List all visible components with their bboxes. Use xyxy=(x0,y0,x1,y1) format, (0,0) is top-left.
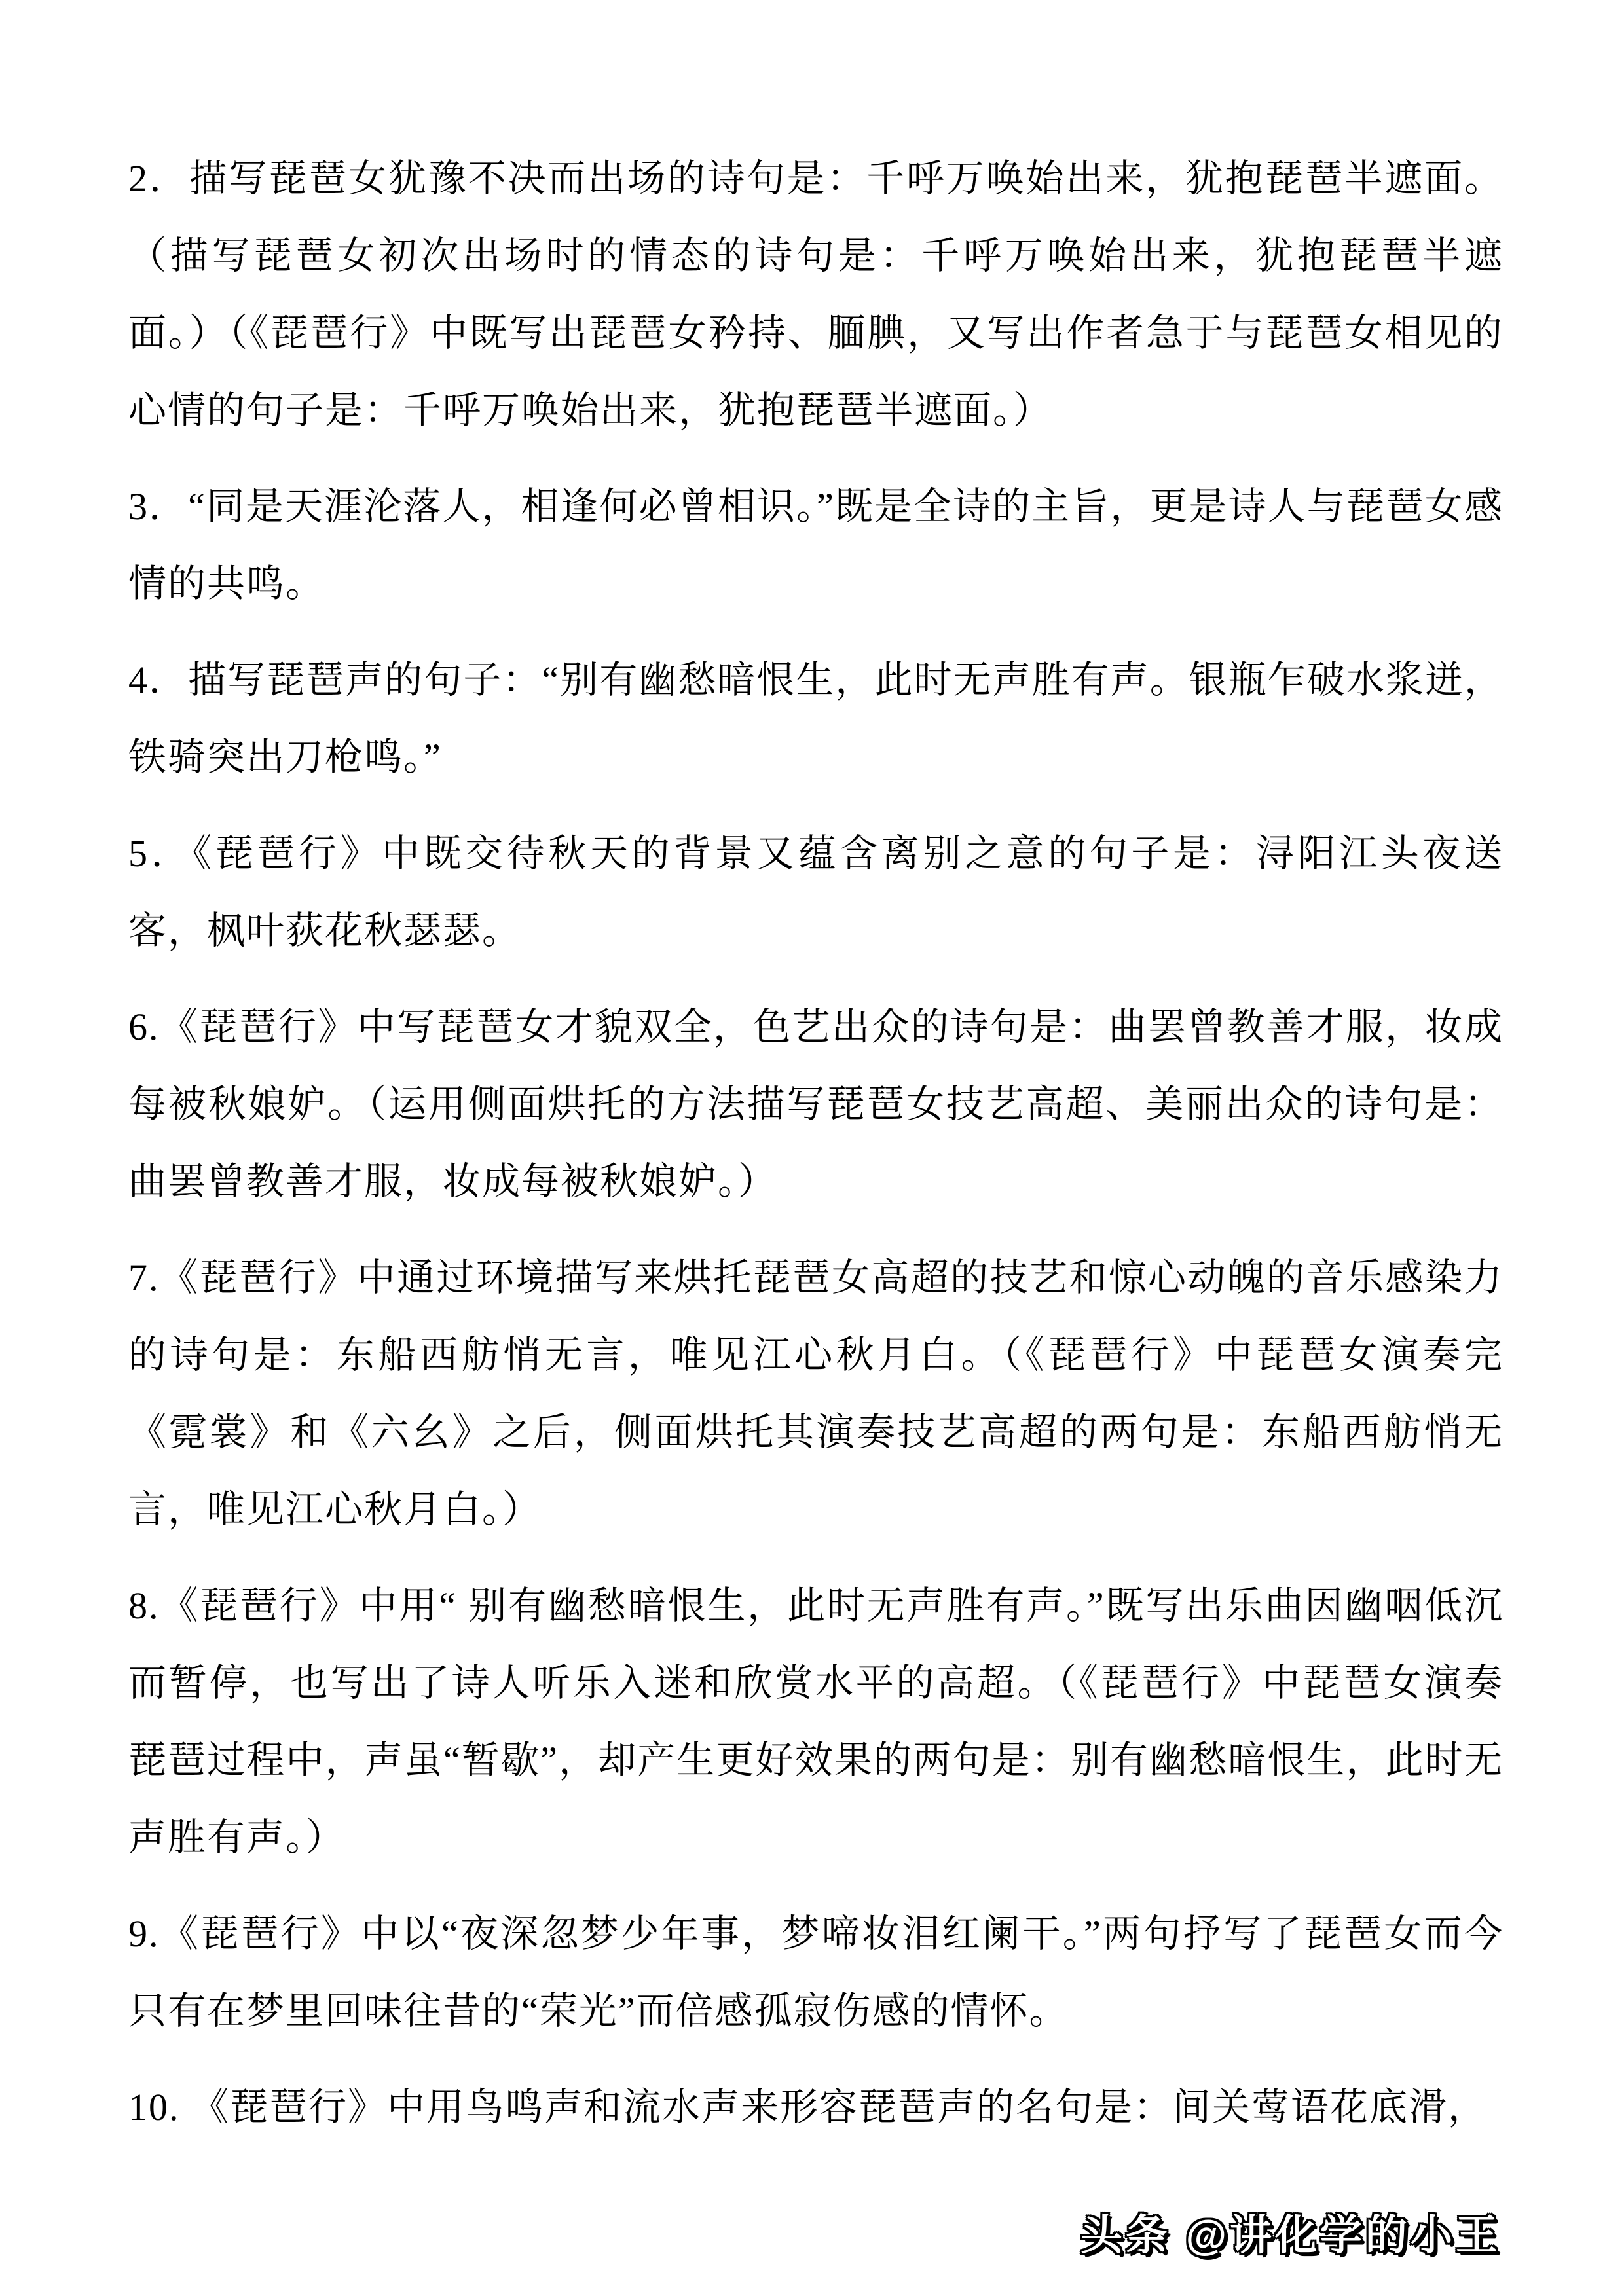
question-item-5: 5．《琵琶行》中既交待秋天的背景又蕴含离别之意的句子是：浔阳江头夜送客，枫叶荻花… xyxy=(128,815,1504,970)
question-item-6: 6.《琵琶行》中写琵琶女才貌双全，色艺出众的诗句是：曲罢曾教善才服，妆成每被秋娘… xyxy=(128,989,1504,1220)
question-item-4: 4．描写琵琶声的句子：“别有幽愁暗恨生，此时无声胜有声。银瓶乍破水浆迸，铁骑突出… xyxy=(128,642,1504,796)
question-item-3: 3．“同是天涯沦落人，相逢何必曾相识。”既是全诗的主旨，更是诗人与琵琶女感情的共… xyxy=(128,468,1504,623)
watermark: 头条 @讲化学的小王 xyxy=(1080,2202,1501,2262)
document-page: 2．描写琵琶女犹豫不决而出场的诗句是：千呼万唤始出来，犹抱琵琶半遮面。（描写琵琶… xyxy=(0,0,1624,2296)
question-item-8: 8.《琵琶行》中用“ 别有幽愁暗恨生，此时无声胜有声。”既写出乐曲因幽咽低沉而暂… xyxy=(128,1567,1504,1876)
question-item-7: 7.《琵琶行》中通过环境描写来烘托琵琶女高超的技艺和惊心动魄的音乐感染力的诗句是… xyxy=(128,1239,1504,1548)
question-list: 2．描写琵琶女犹豫不决而出场的诗句是：千呼万唤始出来，犹抱琵琶半遮面。（描写琵琶… xyxy=(128,140,1504,2165)
question-item-10: 10. 《琵琶行》中用鸟鸣声和流水声来形容琵琶声的名句是：间关莺语花底滑， xyxy=(128,2069,1504,2146)
question-item-9: 9.《琵琶行》中以“夜深忽梦少年事，梦啼妆泪红阑干。”两句抒写了琵琶女而今只有在… xyxy=(128,1895,1504,2050)
question-item-2: 2．描写琵琶女犹豫不决而出场的诗句是：千呼万唤始出来，犹抱琵琶半遮面。（描写琵琶… xyxy=(128,140,1504,449)
